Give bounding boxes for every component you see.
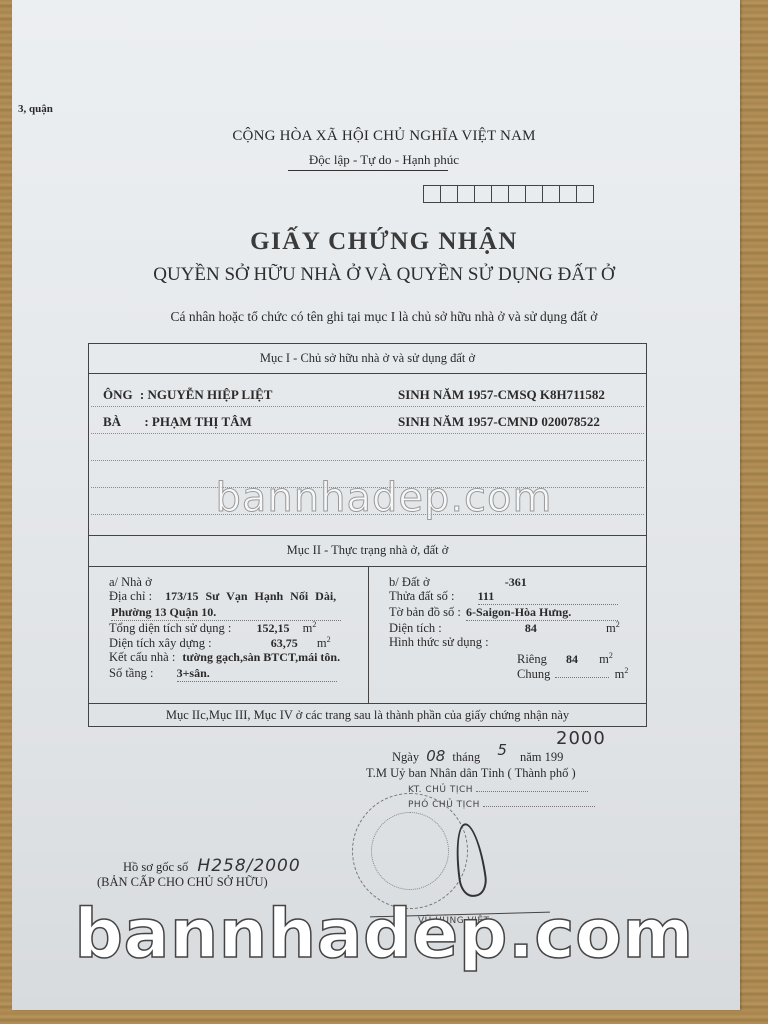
column-divider (368, 566, 369, 703)
official-stamp (352, 793, 468, 909)
unit: m (303, 621, 313, 635)
dotted-line (476, 791, 588, 792)
total-area-value: 152,15 (257, 621, 290, 635)
serial-box (458, 186, 475, 202)
motto-underline (288, 170, 448, 171)
house-heading: a/ Nhà ở (109, 575, 152, 590)
unit-sup: 2 (312, 620, 316, 629)
unit: m (606, 621, 616, 635)
parcel-label: Thửa đất số : (389, 589, 454, 603)
owner-2: BÀ : PHẠM THỊ TÂM (103, 414, 252, 430)
shared-value (555, 677, 609, 678)
address-line1: 173/15 Sư Vạn Hạnh Nối Dài, (165, 589, 336, 603)
shared-label: Chung (517, 667, 550, 681)
signing-date: Ngày 08 tháng 5 năm 199 (392, 747, 563, 765)
house-address: Địa chỉ : 173/15 Sư Vạn Hạnh Nối Dài, (109, 589, 336, 604)
parcel: Thửa đất số : 111 (389, 589, 618, 605)
unit-sup: 2 (616, 620, 620, 629)
owner-title: ÔNG (103, 387, 133, 402)
built-area-label: Diện tích xây dựng : (109, 636, 212, 650)
usage-form: Hình thức sử dụng : (389, 635, 489, 650)
date-prefix: Ngày (392, 750, 419, 764)
unit: m (615, 667, 625, 681)
built-area-value: 63,75 (271, 636, 298, 650)
floors: Số tầng : 3+sân. (109, 666, 337, 682)
address-line2: Phường 13 Quận 10. (111, 605, 341, 621)
map-value: 6-Saigon-Hòa Hưng. (466, 605, 618, 621)
month-label: tháng (452, 750, 480, 764)
land-heading: b/ Đất ở -361 (389, 575, 527, 590)
record-value: H258/2000 (197, 856, 300, 876)
floors-label: Số tầng : (109, 666, 153, 680)
motto: Độc lập - Tự do - Hạnh phúc (0, 152, 768, 168)
role-1: KT. CHỦ TỊCH (408, 785, 588, 795)
divider (89, 373, 646, 374)
owner-2-info: SINH NĂM 1957-CMND 020078522 (398, 414, 600, 430)
divider (89, 535, 646, 536)
unit-sup: 2 (609, 651, 613, 660)
authority: T.M Uỷ ban Nhân dân Tỉnh ( Thành phố ) (366, 766, 576, 781)
serial-box (441, 186, 458, 202)
owner-1: ÔNG : NGUYỄN HIỆP LIỆT (103, 387, 272, 403)
unit-sup: 2 (327, 635, 331, 644)
private-area: Riêng 84 m2 (517, 651, 613, 667)
serial-box (424, 186, 441, 202)
side-note: 3, quận (18, 103, 53, 115)
private-label: Riêng (517, 652, 547, 666)
map-sheet: Tờ bản đồ số : 6-Saigon-Hòa Hưng. (389, 605, 618, 621)
address-label: Địa chỉ : (109, 589, 152, 603)
owner-title: BÀ (103, 414, 121, 429)
dotted-line (91, 433, 644, 434)
land-area-label: Diện tích : (389, 621, 442, 635)
owner-name: : NGUYỄN HIỆP LIỆT (140, 387, 273, 402)
owner-1-info: SINH NĂM 1957-CMSQ K8H711582 (398, 387, 605, 403)
total-area-label: Tổng diện tích sử dụng : (109, 621, 231, 635)
document-title: GIẤY CHỨNG NHẬN (0, 228, 768, 256)
nation-heading: CỘNG HÒA XÃ HỘI CHỦ NGHĨA VIỆT NAM (0, 128, 768, 145)
shared-area: Chung m2 (517, 666, 628, 682)
structure-value: tường gạch,sàn BTCT,mái tôn. (182, 650, 340, 664)
serial-box (543, 186, 560, 202)
document-subtitle: QUYỀN SỞ HỮU NHÀ Ở VÀ QUYỀN SỬ DỤNG ĐẤT … (0, 264, 768, 286)
serial-box (577, 186, 593, 202)
land-area-value: 84 (525, 621, 537, 635)
date-month: 5 (497, 741, 507, 759)
dotted-line (483, 806, 595, 807)
serial-box (509, 186, 526, 202)
section2-heading: Mục II - Thực trạng nhà ở, đất ở (89, 543, 646, 558)
land-heading-value: -361 (505, 575, 527, 589)
map-label: Tờ bản đồ số : (389, 605, 461, 619)
structure-label: Kết cấu nhà : (109, 650, 175, 664)
intro-text: Cá nhân hoặc tổ chức có tên ghi tại mục … (0, 309, 768, 325)
address-line2-value: Phường 13 Quận 10. (111, 605, 341, 621)
structure: Kết cấu nhà : tường gạch,sàn BTCT,mái tô… (109, 650, 340, 665)
watermark-bottom: bannhadep.com (0, 895, 768, 974)
record-label: Hồ sơ gốc số (123, 860, 188, 874)
divider (89, 703, 646, 704)
date-day: 08 (426, 747, 445, 765)
dotted-line (91, 406, 644, 407)
total-area: Tổng diện tích sử dụng : 152,15 m2 (109, 620, 316, 636)
floors-value: 3+sân. (177, 666, 337, 682)
year-label: năm 199 (520, 750, 563, 764)
serial-box (492, 186, 509, 202)
unit: m (317, 636, 327, 650)
land-area: Diện tích : 84 m2 (389, 620, 620, 636)
watermark-middle: bannhadep.com (0, 475, 768, 521)
serial-box (560, 186, 577, 202)
serial-number-boxes (423, 185, 594, 203)
certificate-table: Mục I - Chủ sở hữu nhà ở và sử dụng đất … (88, 343, 647, 727)
record-number: Hồ sơ gốc số H258/2000 (123, 856, 301, 876)
built-area: Diện tích xây dựng : 63,75 m2 (109, 635, 331, 651)
private-value: 84 (566, 652, 578, 666)
land-heading-label: b/ Đất ở (389, 575, 430, 589)
serial-box (526, 186, 543, 202)
unit: m (599, 652, 609, 666)
section1-heading: Mục I - Chủ sở hữu nhà ở và sử dụng đất … (89, 351, 646, 366)
date-year-handwritten: 2000 (556, 728, 606, 749)
parcel-value: 111 (478, 589, 618, 605)
dotted-line (91, 460, 644, 461)
owner-name: : PHẠM THỊ TÂM (144, 414, 252, 429)
unit-sup: 2 (624, 666, 628, 675)
footer-row-text: Mục IIc,Mục III, Mục IV ở các trang sau … (89, 708, 646, 723)
serial-box (475, 186, 492, 202)
copy-note: (BẢN CẤP CHO CHỦ SỞ HỮU) (97, 875, 268, 890)
